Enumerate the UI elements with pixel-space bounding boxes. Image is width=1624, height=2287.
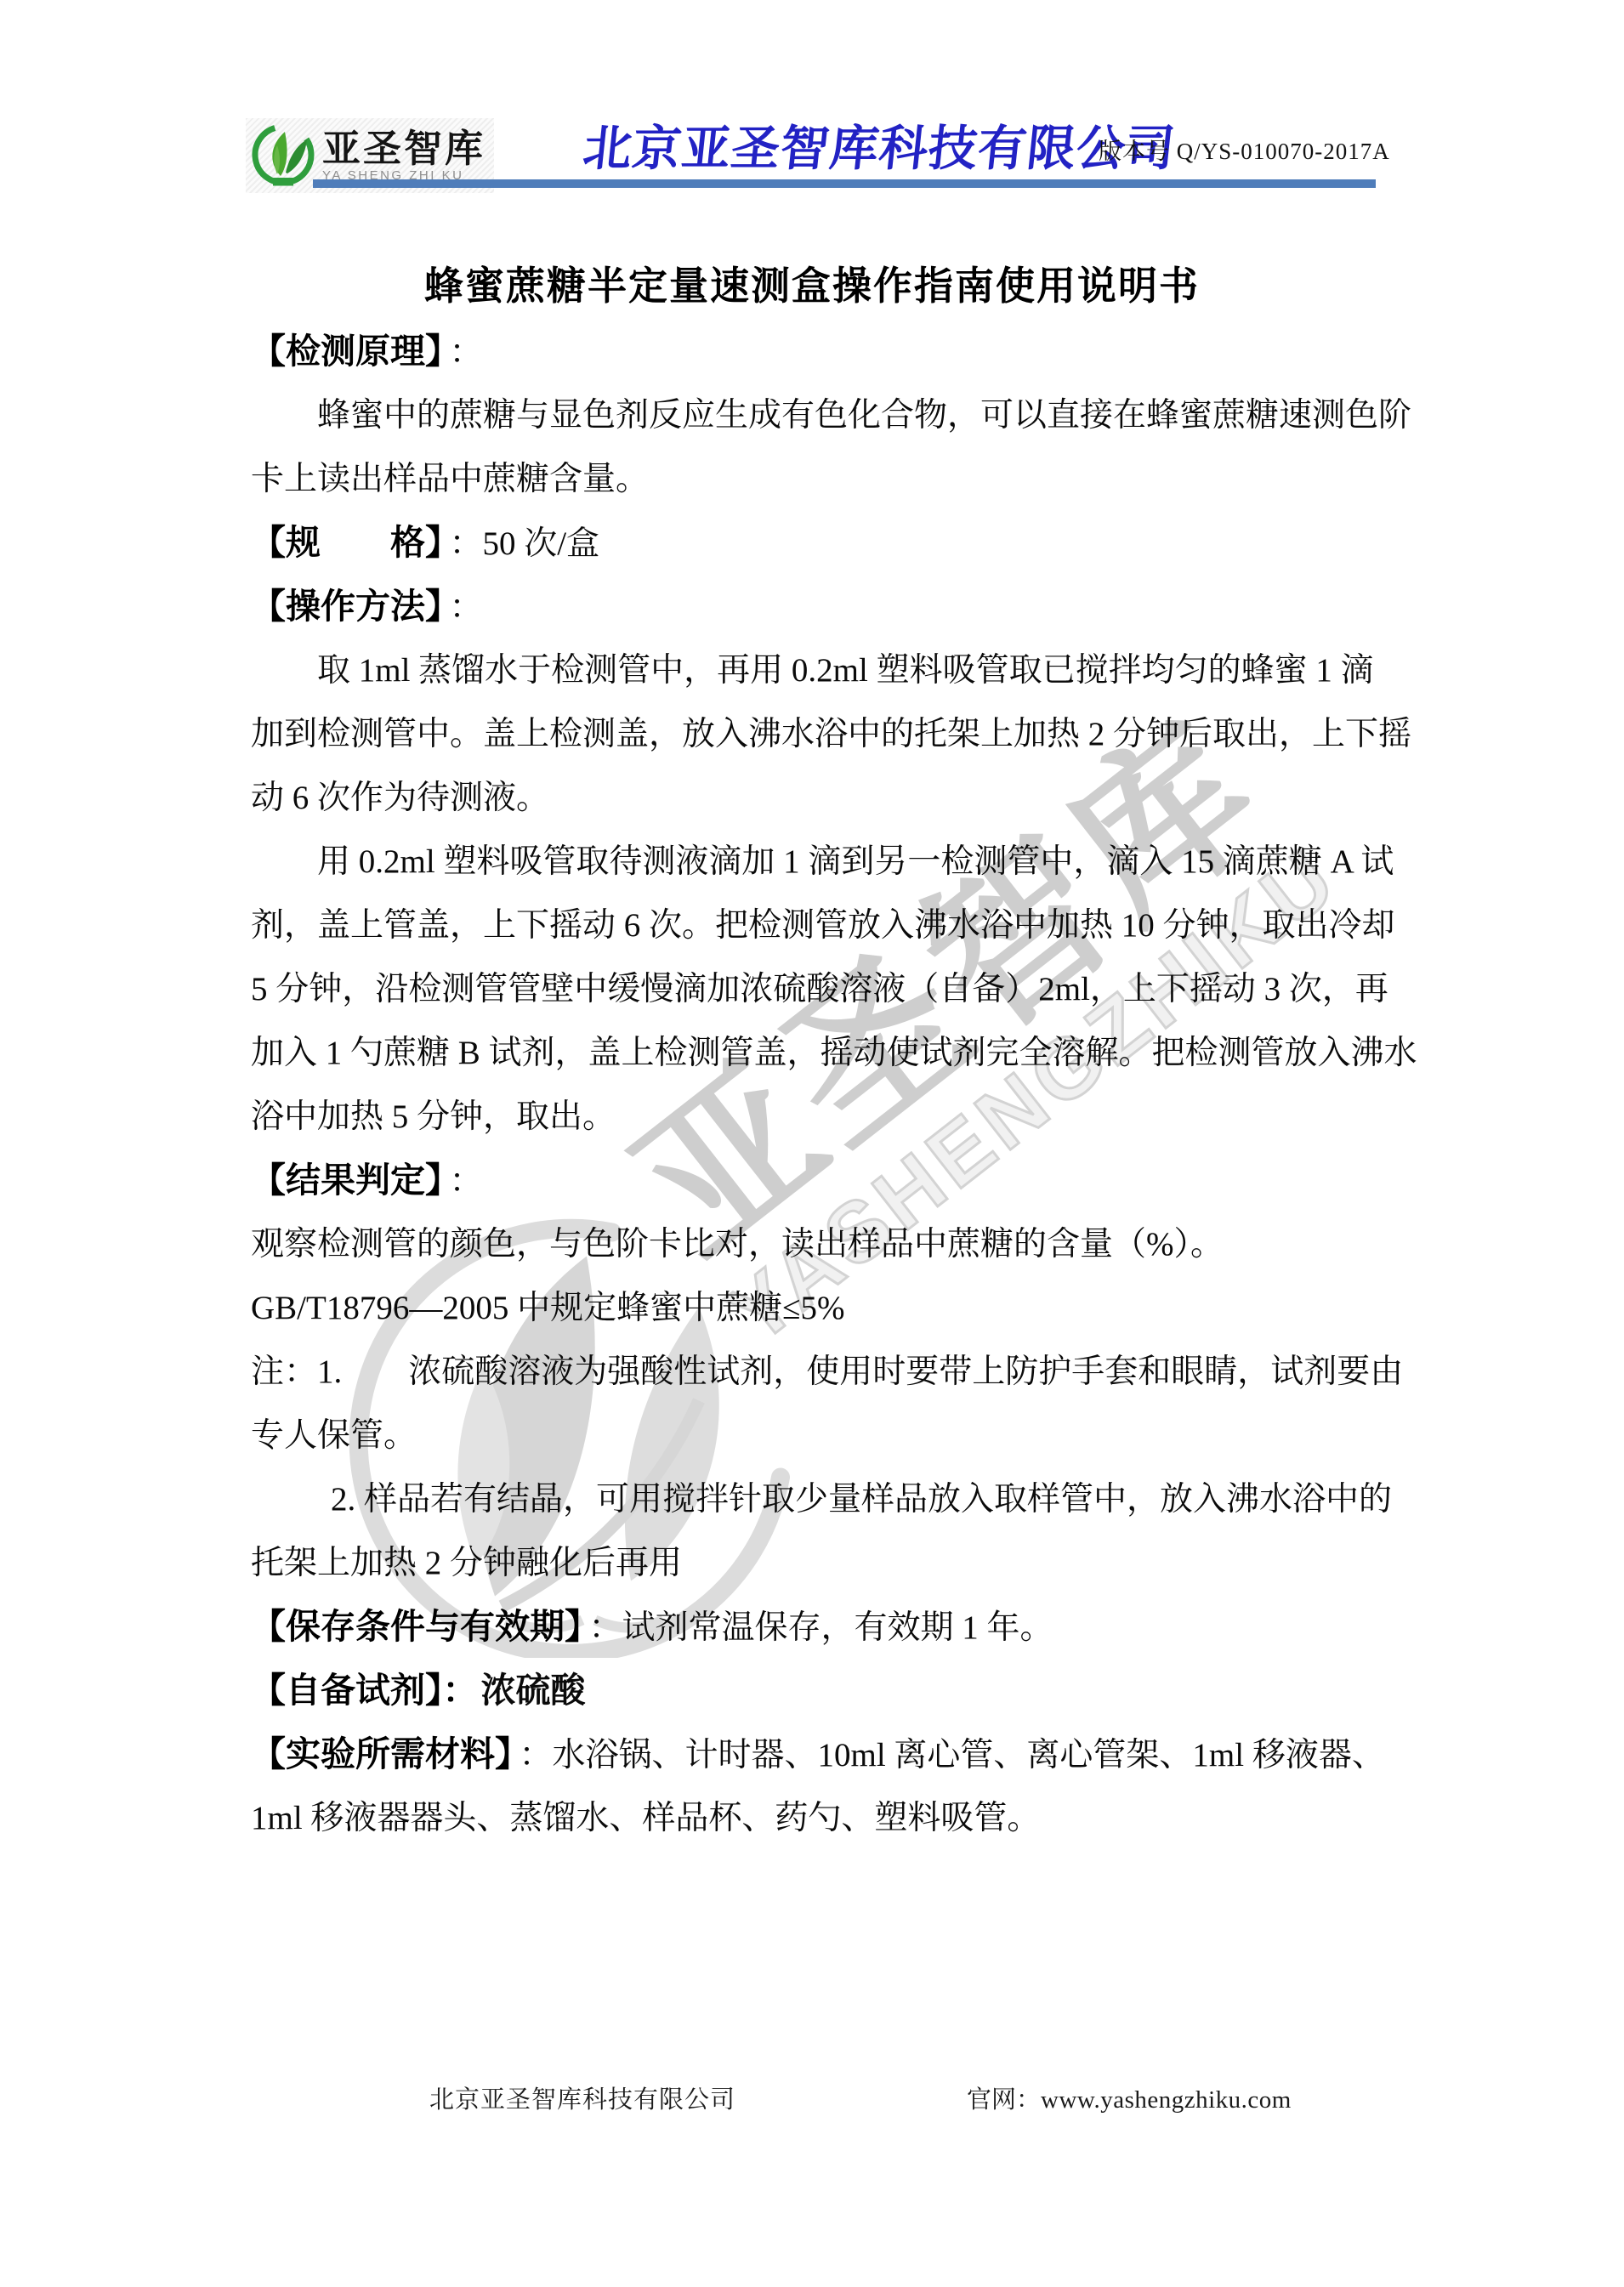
section-heading: 【检测原理】 <box>251 332 443 371</box>
footer-site-label: 官网： <box>967 2086 1041 2114</box>
section-heading: 【规 格】 <box>251 523 443 562</box>
section-heading: 【实验所需材料】 <box>251 1734 513 1773</box>
version-number: 版本号 Q/YS-010070-2017A <box>1099 136 1390 167</box>
line-text: 加到检测管中。盖上检测盖，放入沸水浴中的托架上加热 2 分钟后取出，上下摇 <box>251 716 1411 752</box>
doc-line: 【检测原理】： <box>251 320 1378 383</box>
line-text: 1ml 移液器器头、蒸馏水、样品杯、药勺、塑料吸管。 <box>251 1800 1040 1836</box>
line-text: 用 0.2ml 塑料吸管取待测液滴加 1 滴到另一检测管中，滴入 15 滴蔗糖 … <box>317 843 1394 880</box>
line-text: 取 1ml 蒸馏水于检测管中，再用 0.2ml 塑料吸管取已搅拌均匀的蜂蜜 1 … <box>317 652 1374 689</box>
doc-line: 卡上读出样品中蔗糖含量。 <box>251 447 1378 511</box>
doc-line: 蜂蜜中的蔗糖与显色剂反应生成有色化合物，可以直接在蜂蜜蔗糖速测色阶 <box>251 383 1378 447</box>
section-heading: 【操作方法】 <box>251 587 443 626</box>
section-heading: 【保存条件与有效期】 <box>251 1607 582 1646</box>
line-text: 动 6 次作为待测液。 <box>251 780 549 816</box>
line-text: ：试剂常温保存，有效期 1 年。 <box>589 1609 1053 1646</box>
logo-title: 亚圣智库 <box>322 129 485 168</box>
doc-line: 动 6 次作为待测液。 <box>251 766 1378 830</box>
doc-line: 【操作方法】： <box>251 575 1378 638</box>
doc-body: 【检测原理】：蜂蜜中的蔗糖与显色剂反应生成有色化合物，可以直接在蜂蜜蔗糖速测色阶… <box>251 320 1378 1850</box>
doc-line: 5 分钟，沿检测管管壁中缓慢滴加浓硫酸溶液（自备）2ml，上下摇动 3 次，再 <box>251 957 1378 1021</box>
doc-line: 观察检测管的颜色，与色阶卡比对，读出样品中蔗糖的含量（%）。 <box>251 1212 1378 1276</box>
doc-line: 加到检测管中。盖上检测盖，放入沸水浴中的托架上加热 2 分钟后取出，上下摇 <box>251 702 1378 766</box>
line-text: 加入 1 勺蔗糖 B 试剂，盖上检测管盖，摇动使试剂完全溶解。把检测管放入沸水 <box>251 1035 1417 1071</box>
line-text: 专人保管。 <box>251 1417 417 1454</box>
footer-site: 官网：www.yashengzhiku.com <box>967 2081 1292 2119</box>
line-text: 浓硫酸 <box>481 1671 586 1710</box>
logo-leaf-icon <box>249 122 317 190</box>
line-text: 浴中加热 5 分钟，取出。 <box>251 1098 616 1135</box>
line-text: ： <box>450 1163 483 1200</box>
doc-line: 1ml 移液器器头、蒸馏水、样品杯、药勺、塑料吸管。 <box>251 1786 1378 1850</box>
line-text: 观察检测管的颜色，与色阶卡比对，读出样品中蔗糖的含量（%）。 <box>251 1226 1224 1263</box>
doc-line: 【保存条件与有效期】：试剂常温保存，有效期 1 年。 <box>251 1595 1378 1659</box>
doc-line: 【结果判定】： <box>251 1149 1378 1212</box>
doc-line: 【规 格】：50 次/盒 <box>251 511 1378 575</box>
doc-line: GB/T18796—2005 中规定蜂蜜中蔗糖≤5% <box>251 1276 1378 1340</box>
line-text: 蜂蜜中的蔗糖与显色剂反应生成有色化合物，可以直接在蜂蜜蔗糖速测色阶 <box>317 397 1411 434</box>
footer-company: 北京亚圣智库科技有限公司 <box>429 2081 735 2119</box>
line-text: GB/T18796—2005 中规定蜂蜜中蔗糖≤5% <box>251 1290 844 1326</box>
company-name: 北京亚圣智库科技有限公司 <box>580 116 1178 184</box>
doc-line: 【自备试剂】：浓硫酸 <box>251 1659 1378 1722</box>
line-text: ：水浴锅、计时器、10ml 离心管、离心管架、1ml 移液器、 <box>520 1737 1385 1773</box>
page: 亚圣智库 YASHENGZHIKU 亚圣智库 YA SHENG ZHI KU 北… <box>0 0 1624 2287</box>
line-text: ：50 次/盒 <box>450 525 600 562</box>
line-text: 2. 样品若有结晶，可用搅拌针取少量样品放入取样管中，放入沸水浴中的 <box>331 1481 1392 1518</box>
doc-line: 加入 1 勺蔗糖 B 试剂，盖上检测管盖，摇动使试剂完全溶解。把检测管放入沸水 <box>251 1021 1378 1085</box>
doc-line: 【实验所需材料】：水浴锅、计时器、10ml 离心管、离心管架、1ml 移液器、 <box>251 1722 1378 1786</box>
line-text: 托架上加热 2 分钟融化后再用 <box>251 1545 682 1581</box>
line-text: ： <box>450 334 483 371</box>
section-heading: 【自备试剂】： <box>251 1671 478 1710</box>
doc-line: 剂，盖上管盖，上下摇动 6 次。把检测管放入沸水浴中加热 10 分钟，取出冷却 <box>251 894 1378 957</box>
line-text: 剂，盖上管盖，上下摇动 6 次。把检测管放入沸水浴中加热 10 分钟，取出冷却 <box>251 907 1395 944</box>
footer-site-url: www.yashengzhiku.com <box>1041 2086 1292 2114</box>
doc-line: 托架上加热 2 分钟融化后再用 <box>251 1531 1378 1595</box>
line-text: ： <box>450 589 483 626</box>
doc-line: 浴中加热 5 分钟，取出。 <box>251 1085 1378 1149</box>
doc-line: 用 0.2ml 塑料吸管取待测液滴加 1 滴到另一检测管中，滴入 15 滴蔗糖 … <box>251 830 1378 894</box>
doc-line: 2. 样品若有结晶，可用搅拌针取少量样品放入取样管中，放入沸水浴中的 <box>251 1467 1378 1531</box>
doc-line: 注：1. 浓硫酸溶液为强酸性试剂，使用时要带上防护手套和眼睛，试剂要由 <box>251 1340 1378 1404</box>
section-heading: 【结果判定】 <box>251 1161 443 1200</box>
page-title: 蜂蜜蔗糖半定量速测盒操作指南使用说明书 <box>0 252 1624 320</box>
line-text: 卡上读出样品中蔗糖含量。 <box>251 461 649 497</box>
doc-line: 专人保管。 <box>251 1404 1378 1467</box>
line-text: 5 分钟，沿检测管管壁中缓慢滴加浓硫酸溶液（自备）2ml，上下摇动 3 次，再 <box>251 971 1388 1007</box>
doc-line: 取 1ml 蒸馏水于检测管中，再用 0.2ml 塑料吸管取已搅拌均匀的蜂蜜 1 … <box>251 638 1378 702</box>
logo-texts: 亚圣智库 YA SHENG ZHI KU <box>322 129 485 183</box>
line-text: 注：1. 浓硫酸溶液为强酸性试剂，使用时要带上防护手套和眼睛，试剂要由 <box>251 1353 1403 1390</box>
